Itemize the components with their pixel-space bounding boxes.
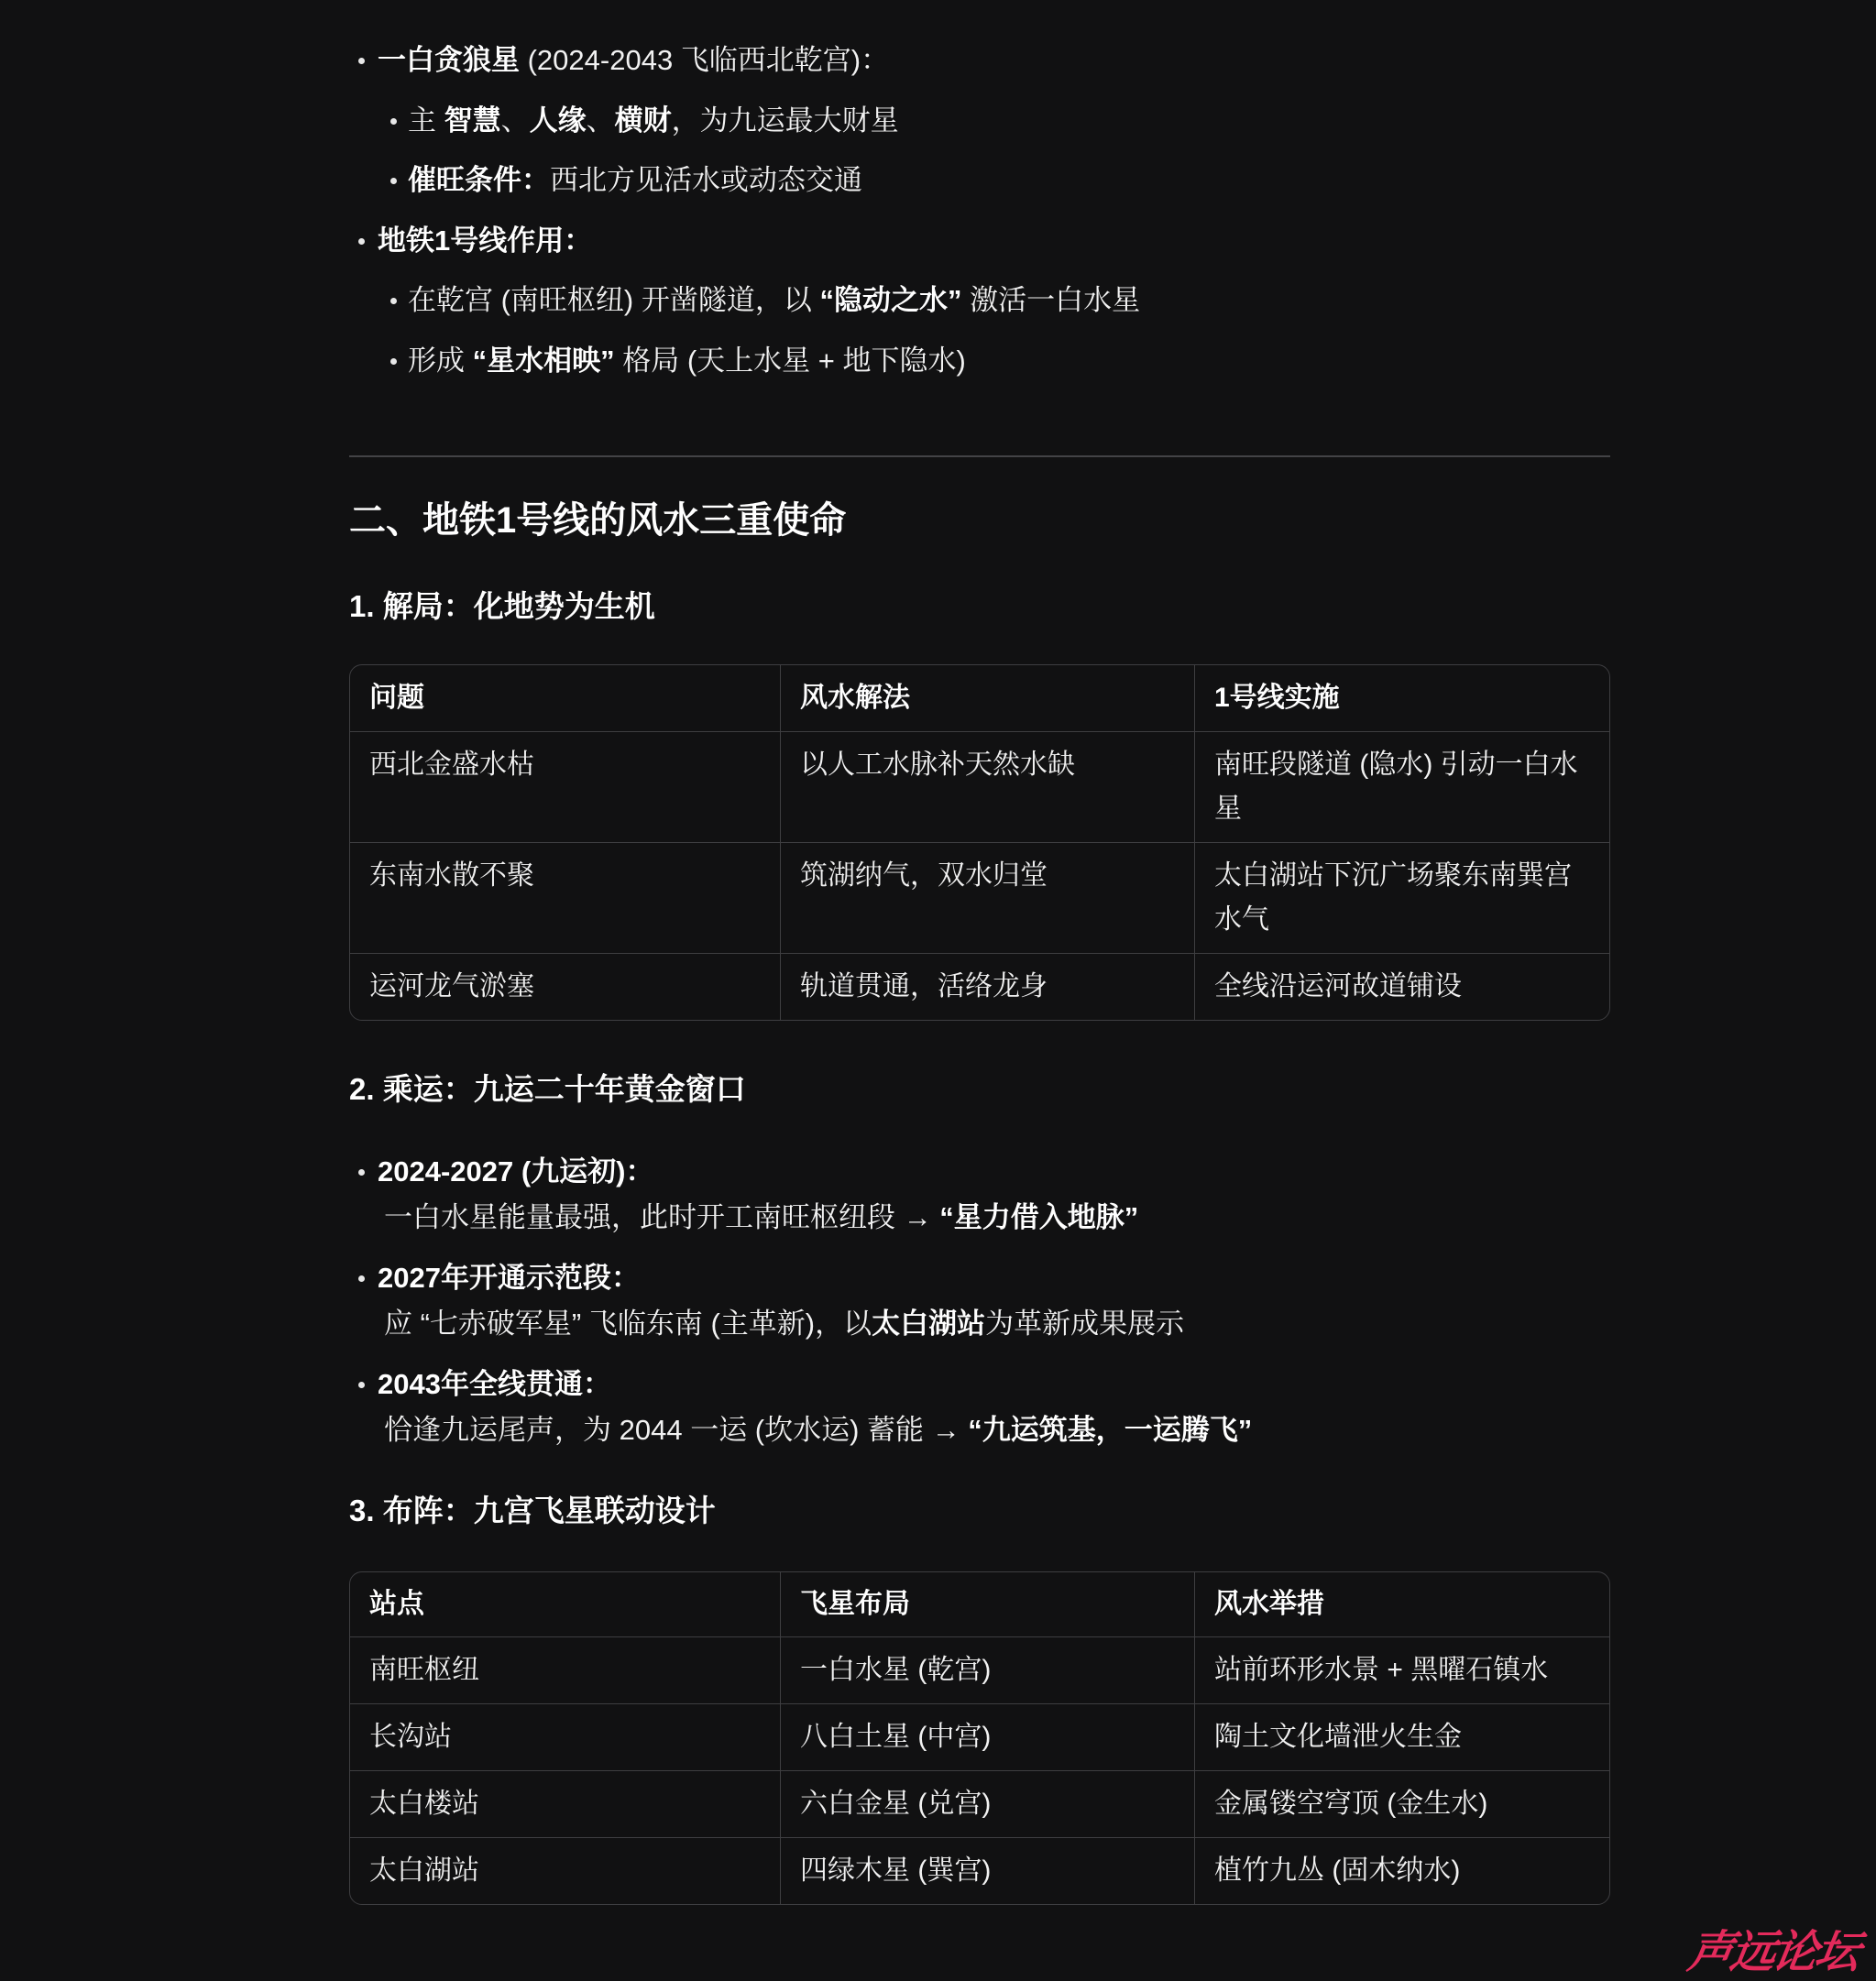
table-cell: 八白土星 (中宫) — [780, 1703, 1194, 1770]
list-item: 2043年全线贯通： 恰逢九运尾声，为 2044 一运 (坎水运) 蓄能 → “… — [349, 1362, 1610, 1453]
text-segment: 格局 (天上水星 + 地下隐水) — [615, 345, 966, 377]
list-item: 一白贪狼星 (2024-2043 飞临西北乾宫)： 主 智慧、人缘、横财，为九运… — [349, 30, 1610, 211]
table-row: 南旺枢纽一白水星 (乾宫)站前环形水景 + 黑曜石镇水 — [350, 1636, 1609, 1703]
list-item-text: 形成 “星水相映” 格局 (天上水星 + 地下隐水) — [408, 331, 1610, 391]
sub-list: 主 智慧、人缘、横财，为九运最大财星 催旺条件：西北方见活水或动态交通 — [378, 91, 1610, 211]
text-segment: 恰逢九运尾声，为 2044 一运 (坎水运) 蓄能 → — [384, 1414, 968, 1446]
table-row: 太白楼站六白金星 (兑宫)金属镂空穹顶 (金生水) — [350, 1770, 1609, 1837]
text-segment-bold: 横财 — [615, 104, 672, 137]
table-cell: 长沟站 — [350, 1703, 780, 1770]
text-segment: (2024-2043 飞临西北乾宫)： — [520, 44, 889, 76]
table-cell: 陶土文化墙泄火生金 — [1194, 1703, 1609, 1770]
list-item-head: 2024-2027 (九运初)： — [378, 1149, 1610, 1195]
text-segment: ，为九运最大财星 — [672, 104, 899, 137]
table-stations: 站点飞星布局风水举措南旺枢纽一白水星 (乾宫)站前环形水景 + 黑曜石镇水长沟站… — [349, 1571, 1610, 1905]
table-cell: 运河龙气淤塞 — [350, 953, 780, 1020]
list-item-head: 2043年全线贯通： — [378, 1362, 1610, 1407]
column-header: 风水解法 — [780, 665, 1194, 731]
list-item-text: 一白贪狼星 (2024-2043 飞临西北乾宫)： — [378, 30, 1610, 91]
text-segment: 主 — [408, 104, 444, 137]
bullet-list-stars: 一白贪狼星 (2024-2043 飞临西北乾宫)： 主 智慧、人缘、横财，为九运… — [349, 30, 1610, 390]
table-cell: 太白楼站 — [350, 1770, 780, 1837]
list-item: 在乾宫 (南旺枢纽) 开凿隧道，以 “隐动之水” 激活一白水星 — [378, 270, 1610, 331]
list-item: 2027年开通示范段： 应 “七赤破军星” 飞临东南 (主革新)，以太白湖站为革… — [349, 1255, 1610, 1347]
column-header: 站点 — [350, 1572, 780, 1636]
section-heading: 二、地铁1号线的风水三重使命 — [349, 495, 1610, 546]
table-cell: 金属镂空穹顶 (金生水) — [1194, 1770, 1609, 1837]
text-segment-bold: “星力借入地脉” — [939, 1201, 1138, 1233]
table-problems: 问题风水解法1号线实施西北金盛水枯以人工水脉补天然水缺南旺段隧道 (隐水) 引动… — [349, 664, 1610, 1021]
text-segment: 、 — [587, 104, 615, 137]
table-cell: 南旺段隧道 (隐水) 引动一白水星 — [1194, 731, 1609, 842]
list-item-body: 恰逢九运尾声，为 2044 一运 (坎水运) 蓄能 → “九运筑基，一运腾飞” — [378, 1407, 1610, 1453]
table-row: 运河龙气淤塞轨道贯通，活络龙身全线沿运河故道铺设 — [350, 953, 1609, 1020]
column-header: 风水举措 — [1194, 1572, 1609, 1636]
table-cell: 站前环形水景 + 黑曜石镇水 — [1194, 1636, 1609, 1703]
bullet-list-windows: 2024-2027 (九运初)： 一白水星能量最强，此时开工南旺枢纽段 → “星… — [349, 1149, 1610, 1453]
table-cell: 四绿木星 (巽宫) — [780, 1837, 1194, 1904]
list-item-text: 在乾宫 (南旺枢纽) 开凿隧道，以 “隐动之水” 激活一白水星 — [408, 270, 1610, 331]
text-segment-bold: 地铁1号线作用： — [378, 224, 592, 257]
list-item-head: 2027年开通示范段： — [378, 1255, 1610, 1301]
watermark-logo: 声远论坛 — [1684, 1917, 1862, 1981]
table-cell: 轨道贯通，活络龙身 — [780, 953, 1194, 1020]
column-header: 飞星布局 — [780, 1572, 1194, 1636]
table-cell: 东南水散不聚 — [350, 842, 780, 953]
table-cell: 南旺枢纽 — [350, 1636, 780, 1703]
list-item-text: 主 智慧、人缘、横财，为九运最大财星 — [408, 91, 1610, 151]
text-segment-bold: 催旺条件： — [408, 164, 550, 196]
table-cell: 全线沿运河故道铺设 — [1194, 953, 1609, 1020]
text-segment: 激活一白水星 — [961, 284, 1140, 316]
list-item: 主 智慧、人缘、横财，为九运最大财星 — [378, 91, 1610, 151]
table-cell: 植竹九丛 (固木纳水) — [1194, 1837, 1609, 1904]
table-cell: 以人工水脉补天然水缺 — [780, 731, 1194, 842]
table-cell: 筑湖纳气，双水归堂 — [780, 842, 1194, 953]
table-cell: 西北金盛水枯 — [350, 731, 780, 842]
subsection-heading-2: 2. 乘运：九运二十年黄金窗口 — [349, 1068, 1610, 1111]
table-header-row: 站点飞星布局风水举措 — [350, 1572, 1609, 1636]
text-segment-bold: 人缘 — [530, 104, 587, 137]
table-cell: 六白金星 (兑宫) — [780, 1770, 1194, 1837]
list-item-text: 催旺条件：西北方见活水或动态交通 — [408, 150, 1610, 211]
list-item-body: 一白水星能量最强，此时开工南旺枢纽段 → “星力借入地脉” — [378, 1195, 1610, 1241]
section-divider — [349, 455, 1610, 457]
text-segment-bold: “九运筑基，一运腾飞” — [968, 1414, 1252, 1446]
subsection-heading-3: 3. 布阵：九宫飞星联动设计 — [349, 1490, 1610, 1532]
text-segment-bold: 太白湖站 — [872, 1308, 985, 1340]
list-item: 地铁1号线作用： 在乾宫 (南旺枢纽) 开凿隧道，以 “隐动之水” 激活一白水星… — [349, 211, 1610, 391]
list-item: 2024-2027 (九运初)： 一白水星能量最强，此时开工南旺枢纽段 → “星… — [349, 1149, 1610, 1241]
list-item: 催旺条件：西北方见活水或动态交通 — [378, 150, 1610, 211]
list-item-text: 地铁1号线作用： — [378, 211, 1610, 271]
list-item: 形成 “星水相映” 格局 (天上水星 + 地下隐水) — [378, 331, 1610, 391]
text-segment-bold: 一白贪狼星 — [378, 44, 520, 76]
column-header: 问题 — [350, 665, 780, 731]
table-header-row: 问题风水解法1号线实施 — [350, 665, 1609, 731]
text-segment-bold: 2043年全线贯通： — [378, 1368, 611, 1400]
table-row: 长沟站八白土星 (中宫)陶土文化墙泄火生金 — [350, 1703, 1609, 1770]
text-segment: 为革新成果展示 — [985, 1308, 1184, 1340]
table-row: 西北金盛水枯以人工水脉补天然水缺南旺段隧道 (隐水) 引动一白水星 — [350, 731, 1609, 842]
sub-list: 在乾宫 (南旺枢纽) 开凿隧道，以 “隐动之水” 激活一白水星 形成 “星水相映… — [378, 270, 1610, 390]
text-segment-bold: 智慧 — [444, 104, 501, 137]
table-row: 东南水散不聚筑湖纳气，双水归堂太白湖站下沉广场聚东南巽宫水气 — [350, 842, 1609, 953]
text-segment: 形成 — [408, 345, 473, 377]
subsection-heading-1: 1. 解局：化地势为生机 — [349, 586, 1610, 628]
text-segment-bold: 2024-2027 (九运初)： — [378, 1155, 654, 1188]
text-segment: 应 “七赤破军星” 飞临东南 (主革新)，以 — [384, 1308, 872, 1340]
list-item-body: 应 “七赤破军星” 飞临东南 (主革新)，以太白湖站为革新成果展示 — [378, 1301, 1610, 1347]
text-segment: 在乾宫 (南旺枢纽) 开凿隧道，以 — [408, 284, 819, 316]
text-segment: 、 — [501, 104, 530, 137]
text-segment-bold: “星水相映” — [473, 345, 615, 377]
table-cell: 太白湖站下沉广场聚东南巽宫水气 — [1194, 842, 1609, 953]
table-row: 太白湖站四绿木星 (巽宫)植竹九丛 (固木纳水) — [350, 1837, 1609, 1904]
table-cell: 一白水星 (乾宫) — [780, 1636, 1194, 1703]
document-page: 一白贪狼星 (2024-2043 飞临西北乾宫)： 主 智慧、人缘、横财，为九运… — [0, 0, 1876, 1981]
text-segment: 一白水星能量最强，此时开工南旺枢纽段 → — [384, 1201, 939, 1233]
column-header: 1号线实施 — [1194, 665, 1609, 731]
text-segment: 西北方见活水或动态交通 — [550, 164, 862, 196]
table-cell: 太白湖站 — [350, 1837, 780, 1904]
text-segment-bold: “隐动之水” — [819, 284, 961, 316]
text-segment-bold: 2027年开通示范段： — [378, 1262, 640, 1294]
